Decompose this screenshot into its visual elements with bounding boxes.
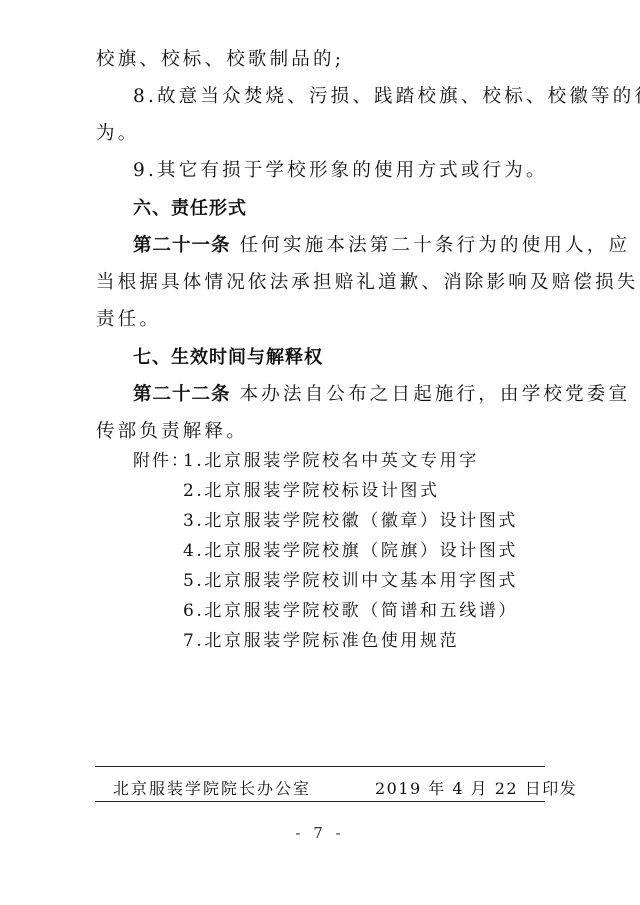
body-text-line: 校旗、校标、校歌制品的; [96, 48, 556, 72]
footer-top-rule [95, 766, 545, 767]
footer-bottom-rule [95, 801, 545, 802]
attachment-item: 1.北京服装学院校名中英文专用字 [183, 450, 479, 472]
attachment-item: 3.北京服装学院校徽（徽章）设计图式 [183, 510, 518, 532]
article-22-text: 本办法自公布之日起施行，由学校党委宣 [240, 384, 631, 405]
attachment-item: 6.北京服装学院校歌（简谱和五线谱） [183, 600, 518, 622]
page-number: - 7 - [0, 824, 640, 842]
article-21-paragraph: 第二十一条 任何实施本法第二十条行为的使用人，应 [133, 234, 593, 258]
article-21-text: 任何实施本法第二十条行为的使用人，应 [240, 235, 631, 256]
attachments-label: 附件： [133, 450, 190, 472]
article-21-line-3: 责任。 [96, 308, 556, 332]
article-21-label: 第二十一条 [133, 235, 231, 256]
attachment-item: 5.北京服装学院校训中文基本用字图式 [183, 570, 518, 592]
article-22-label: 第二十二条 [133, 384, 231, 405]
attachment-item: 2.北京服装学院校标设计图式 [183, 480, 440, 502]
article-22-paragraph: 第二十二条 本办法自公布之日起施行，由学校党委宣 [133, 383, 593, 407]
attachment-item: 4.北京服装学院校旗（院旗）设计图式 [183, 540, 518, 562]
list-item-8-continued: 为。 [96, 122, 556, 146]
article-21-line-2: 当根据具体情况依法承担赔礼道歉、消除影响及赔偿损失的 [96, 271, 556, 295]
article-22-line-2: 传部负责解释。 [96, 420, 556, 444]
footer-issue-date: 2019 年 4 月 22 日印发 [375, 776, 577, 799]
attachment-item: 7.北京服装学院标准色使用规范 [183, 630, 459, 652]
list-item-9: 9.其它有损于学校形象的使用方式或行为。 [133, 159, 593, 183]
footer-issuer: 北京服装学院院长办公室 [113, 776, 311, 799]
list-item-8: 8.故意当众焚烧、污损、践踏校旗、校标、校徽等的行 [133, 85, 593, 109]
section-heading-effective-date: 七、生效时间与解释权 [133, 346, 593, 370]
section-heading-liability: 六、责任形式 [133, 197, 593, 221]
document-page: 校旗、校标、校歌制品的; 8.故意当众焚烧、污损、践踏校旗、校标、校徽等的行 为… [0, 0, 640, 905]
